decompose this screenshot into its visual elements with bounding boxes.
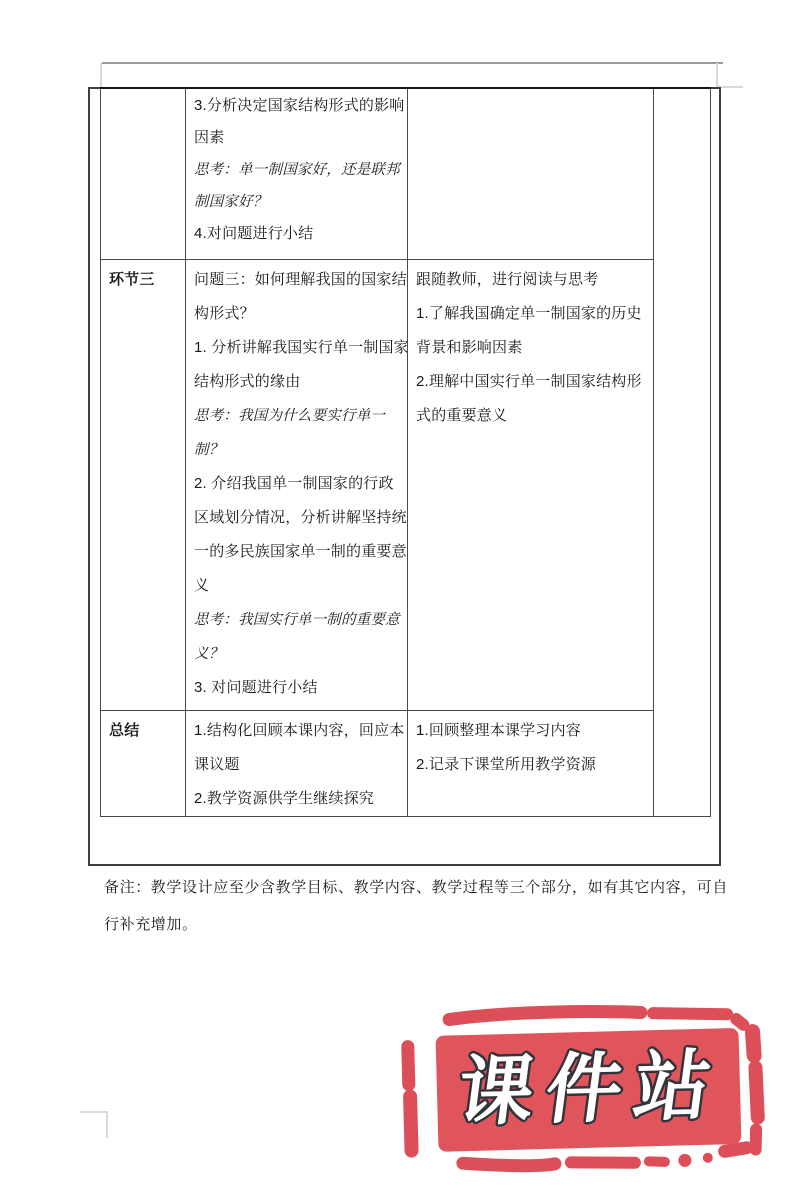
teacher-activity-think-line: 思考：单一制国家好，还是联邦 (194, 154, 405, 186)
document-page: { "process_table": { "rows": [ { "stage"… (0, 0, 800, 1200)
empty-remarks-column (654, 88, 711, 816)
teacher-activity-think-line: 义？ (194, 637, 405, 671)
teacher-activity-cell: 1.结构化回顾本课内容，回应本 课议题 2.教学资源供学生继续探究 (186, 710, 408, 816)
teacher-activity-line: 2.教学资源供学生继续探究 (194, 782, 405, 816)
table-row: 总结 1.结构化回顾本课内容，回应本 课议题 2.教学资源供学生继续探究 1.回… (101, 710, 711, 816)
cropmark-top-right-vertical (716, 63, 718, 88)
teacher-activity-cell-continued: 3.分析决定国家结构形式的影响 因素 思考：单一制国家好，还是联邦 制国家好？ … (186, 88, 408, 259)
footer-note: 备注：教学设计应至少含教学目标、教学内容、教学过程等三个部分，如有其它内容，可自… (104, 869, 729, 943)
teacher-activity-think-line: 思考：我国实行单一制的重要意 (194, 603, 405, 637)
table-row: 3.分析决定国家结构形式的影响 因素 思考：单一制国家好，还是联邦 制国家好？ … (101, 88, 711, 259)
teacher-activity-line: 一的多民族国家单一制的重要意 (194, 535, 405, 569)
student-activity-line: 1.回顾整理本课学习内容 (416, 714, 651, 748)
cropmark-bottom-left-horizontal (80, 1111, 108, 1113)
teacher-activity-line: 2. 介绍我国单一制国家的行政 (194, 467, 405, 501)
stage-cell: 总结 (101, 710, 186, 816)
table-row: 环节三 问题三：如何理解我国的国家结 构形式？ 1. 分析讲解我国实行单一制国家… (101, 259, 711, 710)
cropmark-bottom-left-vertical (106, 1111, 108, 1138)
stage-cell-continued (101, 88, 186, 259)
teacher-activity-cell: 问题三：如何理解我国的国家结 构形式？ 1. 分析讲解我国实行单一制国家 结构形… (186, 259, 408, 710)
stamp-ink-dot (703, 1153, 713, 1163)
teacher-activity-think-line: 思考：我国为什么要实行单一 (194, 399, 405, 433)
stamp-text: 课件站 (453, 1044, 728, 1136)
teacher-activity-line: 因素 (194, 122, 405, 154)
student-activity-line: 1.了解我国确定单一制国家的历史 (416, 297, 651, 331)
teaching-process-table: 3.分析决定国家结构形式的影响 因素 思考：单一制国家好，还是联邦 制国家好？ … (100, 87, 711, 817)
teacher-activity-line: 1.结构化回顾本课内容，回应本 (194, 714, 405, 748)
footer-note-line: 备注：教学设计应至少含教学目标、教学内容、教学过程等三个部分，如有其它内容，可自 (104, 869, 729, 906)
student-activity-cell: 1.回顾整理本课学习内容 2.记录下课堂所用教学资源 (408, 710, 654, 816)
student-activity-line: 2.记录下课堂所用教学资源 (416, 748, 651, 782)
teacher-activity-line: 结构形式的缘由 (194, 365, 405, 399)
teacher-activity-line: 3. 对问题进行小结 (194, 671, 405, 705)
student-activity-cell-continued (408, 88, 654, 259)
student-activity-line: 式的重要意义 (416, 399, 651, 433)
student-activity-line: 背景和影响因素 (416, 331, 651, 365)
text-boundary-top-line (102, 62, 723, 64)
footer-note-line: 行补充增加。 (104, 906, 729, 943)
cropmark-top-left (100, 63, 102, 88)
teacher-activity-think-line: 制国家好？ (194, 186, 405, 218)
teacher-activity-line: 3.分析决定国家结构形式的影响 (194, 90, 405, 122)
student-activity-line: 2.理解中国实行单一制国家结构形 (416, 365, 651, 399)
stamp-svg: 课件站 (393, 1002, 775, 1178)
teacher-activity-line: 区域划分情况，分析讲解坚持统 (194, 501, 405, 535)
student-activity-cell: 跟随教师，进行阅读与思考 1.了解我国确定单一制国家的历史 背景和影响因素 2.… (408, 259, 654, 710)
kejianzhan-stamp-logo: 课件站 (393, 1002, 775, 1178)
teacher-activity-line: 课议题 (194, 748, 405, 782)
teacher-activity-line: 1. 分析讲解我国实行单一制国家 (194, 331, 405, 365)
stamp-ink-dot (678, 1154, 691, 1167)
stage-cell: 环节三 (101, 259, 186, 710)
student-activity-line: 跟随教师，进行阅读与思考 (416, 263, 651, 297)
teacher-activity-line: 问题三：如何理解我国的国家结 (194, 263, 405, 297)
teacher-activity-line: 构形式？ (194, 297, 405, 331)
teacher-activity-line: 义 (194, 569, 405, 603)
teacher-activity-think-line: 制？ (194, 433, 405, 467)
teacher-activity-line: 4.对问题进行小结 (194, 218, 405, 250)
